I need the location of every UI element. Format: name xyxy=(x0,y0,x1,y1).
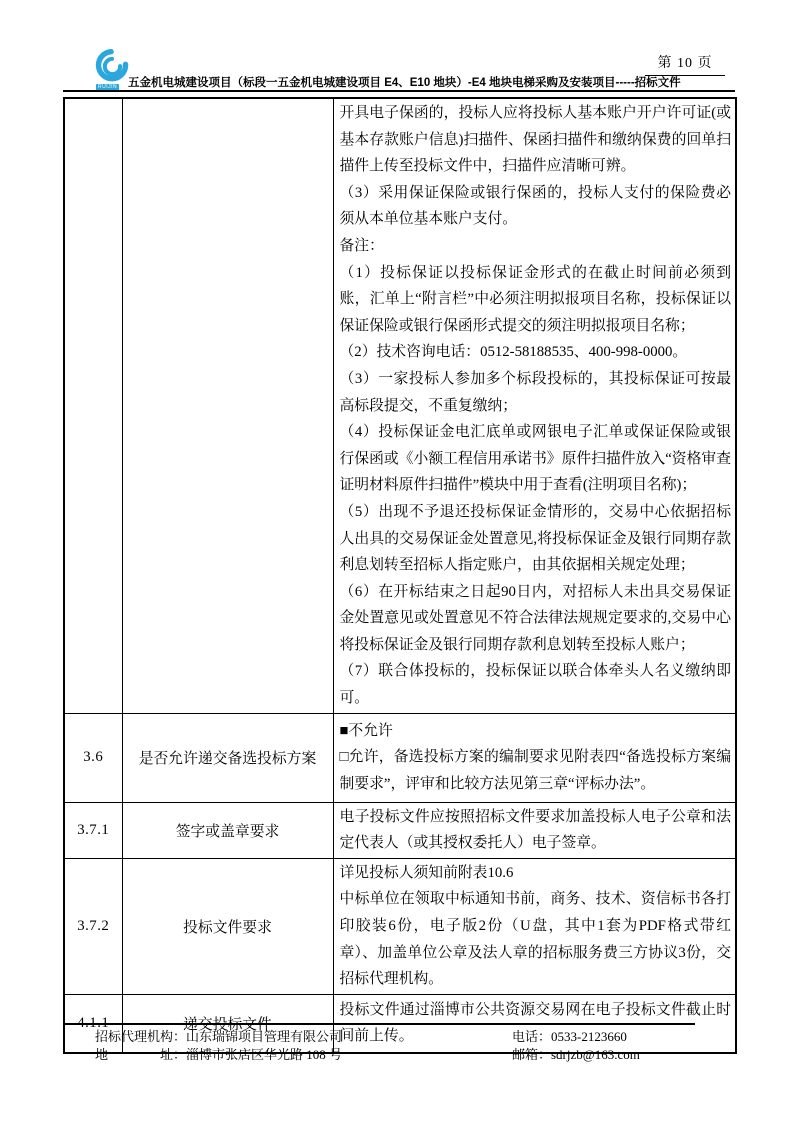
paragraph: （7）联合体投标的，投标保证以联合体牵头人名义缴纳即可。 xyxy=(340,658,732,711)
footer-rule xyxy=(63,1023,695,1025)
paragraph: （1）投标保证以投标保证金形式的在截止时间前必须到账，汇单上“附言栏”中必须注明… xyxy=(340,260,732,340)
item-number-cell: 3.7.2 xyxy=(64,858,122,994)
item-content-cell: 详见投标人须知前附表10.6中标单位在领取中标通知书前，商务、技术、资信标书各打… xyxy=(333,858,736,994)
item-label-cell: 投标文件要求 xyxy=(122,858,333,994)
paragraph: 电子投标文件应按照招标文件要求加盖投标人电子公章和法定代表人（或其授权委托人）电… xyxy=(340,804,732,857)
page-number: 第 10 页 xyxy=(645,52,725,76)
paragraph: ■不允许 xyxy=(340,718,732,745)
header-rule xyxy=(63,90,735,92)
paragraph: （3）一家投标人参加多个标段投标的，其投标保证可按最高标段提交，不重复缴纳； xyxy=(340,366,732,419)
item-content-cell: 开具电子保函的，投标人应将投标人基本账户开户许可证(或基本存款账户信息)扫描件、… xyxy=(333,98,736,713)
table-row-3-7-1: 3.7.1 签字或盖章要求 电子投标文件应按照招标文件要求加盖投标人电子公章和法… xyxy=(64,802,736,858)
paragraph: 邮箱：sdrjzb@163.com xyxy=(512,1046,640,1064)
item-number-cell xyxy=(64,98,122,713)
paragraph: （2）技术咨询电话：0512-58188535、400-998-0000。 xyxy=(340,339,732,366)
paragraph: （5）出现不予退还投标保证金情形的，交易中心依据招标人出具的交易保证金处置意见,… xyxy=(340,499,732,579)
footer-contact-block: 电话：0533-2123660邮箱：sdrjzb@163.com xyxy=(512,1028,640,1064)
item-content-cell: 电子投标文件应按照招标文件要求加盖投标人电子公章和法定代表人（或其授权委托人）电… xyxy=(333,802,736,858)
item-label-cell: 签字或盖章要求 xyxy=(122,802,333,858)
paragraph: 电话：0533-2123660 xyxy=(512,1028,640,1046)
paragraph: □允许，备选投标方案的编制要求见附表四“备选投标方案编制要求”，评审和比较方法见… xyxy=(340,744,732,797)
table-row-3-7-2: 3.7.2 投标文件要求 详见投标人须知前附表10.6中标单位在领取中标通知书前… xyxy=(64,858,736,994)
table-row-continuation: 开具电子保函的，投标人应将投标人基本账户开户许可证(或基本存款账户信息)扫描件、… xyxy=(64,98,736,713)
paragraph: 详见投标人须知前附表10.6 xyxy=(340,860,732,887)
paragraph: 地 址：淄博市张店区华光路 108 号 xyxy=(95,1046,342,1064)
paragraph: （6）在开标结束之日起90日内，对招标人未出具交易保证金处置意见或处置意见不符合… xyxy=(340,579,732,659)
company-swirl-logo-icon xyxy=(94,48,130,86)
paragraph: 招标代理机构：山东瑞锦项目管理有限公司 xyxy=(95,1028,342,1046)
footer-agency-block: 招标代理机构：山东瑞锦项目管理有限公司地 址：淄博市张店区华光路 108 号 xyxy=(95,1028,342,1064)
document-header-title: 五金机电城建设项目（标段一五金机电城建设项目 E4、E10 地块）-E4 地块电… xyxy=(128,74,728,90)
item-label-cell: 是否允许递交备选投标方案 xyxy=(122,713,333,802)
paragraph: （4）投标保证金电汇底单或网银电子汇单或保证保险或银行保函或《小额工程信用承诺书… xyxy=(340,419,732,499)
paragraph: （3）采用保证保险或银行保函的，投标人支付的保险费必须从本单位基本账户支付。 xyxy=(340,180,732,233)
item-label-cell xyxy=(122,98,333,713)
bid-terms-table: 开具电子保函的，投标人应将投标人基本账户开户许可证(或基本存款账户信息)扫描件、… xyxy=(63,97,737,1054)
table-row-3-6: 3.6 是否允许递交备选投标方案 ■不允许□允许，备选投标方案的编制要求见附表四… xyxy=(64,713,736,802)
paragraph: 中标单位在领取中标通知书前，商务、技术、资信标书各打印胶装6份，电子版2份（U盘… xyxy=(340,886,732,992)
item-number-cell: 3.7.1 xyxy=(64,802,122,858)
item-number-cell: 3.6 xyxy=(64,713,122,802)
document-page: RUIJIN 五金机电城建设项目（标段一五金机电城建设项目 E4、E10 地块）… xyxy=(0,0,793,1122)
item-content-cell: ■不允许□允许，备选投标方案的编制要求见附表四“备选投标方案编制要求”，评审和比… xyxy=(333,713,736,802)
paragraph: 开具电子保函的，投标人应将投标人基本账户开户许可证(或基本存款账户信息)扫描件、… xyxy=(340,100,732,180)
paragraph: 备注： xyxy=(340,233,732,260)
